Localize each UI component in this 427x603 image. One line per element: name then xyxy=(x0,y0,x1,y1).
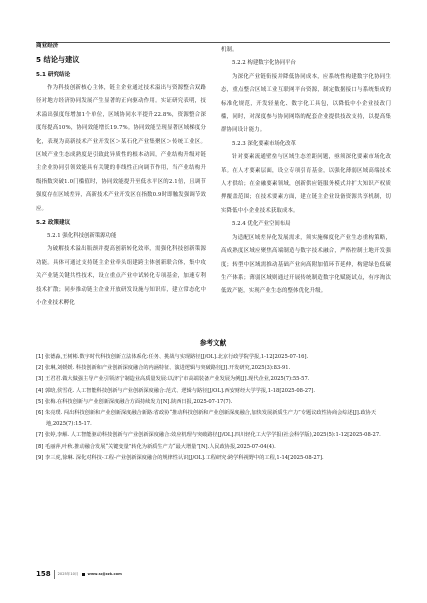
subsubsection-spatial-layout: 5.2.4 优化产业空间布局 xyxy=(221,218,391,231)
policy-paragraph-4: 为适配区域差异化发展需求，须实施梯度化产业生态重构策略，高成熟度区域应聚焦高端制… xyxy=(221,232,391,299)
right-column: 机制。 5.2.2 构建数字化协同平台 为深化产业链衔接并降低协同成本，应系统性… xyxy=(221,44,391,299)
journal-name: 商业经济 xyxy=(36,43,58,49)
reference-number: [1] xyxy=(36,354,43,360)
references-title: 参考文献 xyxy=(36,334,390,352)
reference-item: [5] 张梅.在科技创新与产业创新深度融合方面持续发力[N].陕西日报,2025… xyxy=(36,397,390,408)
reference-number: [4] xyxy=(36,388,43,394)
reference-text: 王君君.做大做强主导产业引领济宁制造业高质量发展:以济宁市高端装备产业发展为例[… xyxy=(45,376,309,382)
reference-item: [3] 王君君.做大做强主导产业引领济宁制造业高质量发展:以济宁市高端装备产业发… xyxy=(36,374,390,385)
subsubsection-innovation-source: 5.2.1 强化科技创新策源功能 xyxy=(36,230,206,243)
reference-text: 张婷,李解. 人工智能驱动科技创新与产业创新深度融合:效应机理与突破路径[J/O… xyxy=(45,432,381,438)
reference-text: 张琳,刘媛媛. 科技创新和产业创新深度融合的内涵特征、演进逻辑与突破路径[J].… xyxy=(45,365,290,371)
reference-number: [9] xyxy=(36,455,43,461)
reference-text: 张梅.在科技创新与产业创新深度融合方面持续发力[N].陕西日报,2025-07-… xyxy=(45,399,232,405)
subsubsection-digital-platform: 5.2.2 构建数字化协同平台 xyxy=(221,57,391,70)
policy-paragraph-1: 为破解技术溢出瓶颈并提高创新转化效率，需强化科技创新策源功能。具体可通过支持链主… xyxy=(36,243,206,310)
reference-text: 朱亮璞. 闯出科技创新和产业创新深度融合新路:省政协“推动科技创新和产业创新深度… xyxy=(45,410,376,427)
reference-item: [4] 郭晗,侯雪花. 人工智能科技创新与产业创新深度融合:范式、逻辑与路径[J… xyxy=(36,386,390,397)
conclusion-paragraph: 作为科技创新核心主体，链主企业通过技术溢出与资源整合双路径对地方经济协同发展产生… xyxy=(36,82,206,216)
reference-text: 郭晗,侯雪花. 人工智能科技创新与产业创新深度融合:范式、逻辑与路径[J/OL]… xyxy=(45,388,315,394)
subsection-research-conclusions: 5.1 研究结论 xyxy=(36,68,206,82)
left-column: 5 结论与建议 5.1 研究结论 作为科技创新核心主体，链主企业通过技术溢出与资… xyxy=(36,50,206,311)
references-section: 参考文献 [1] 张德淼,王树彬.数字时代科技创新立法体系化:任务、挑战与实现路… xyxy=(36,334,390,464)
reference-text: 张德淼,王树彬.数字时代科技创新立法体系化:任务、挑战与实现路径[J/OL].北… xyxy=(45,354,308,360)
reference-number: [3] xyxy=(36,376,43,382)
journal-website-link[interactable]: www.scjjxzk.com xyxy=(88,572,122,576)
reference-number: [6] xyxy=(36,410,43,416)
reference-text: 毛丽萍,叶秋.推动融合发展“关键变量”转化为新质生产力“最大增量”[N].人民政… xyxy=(45,444,276,450)
reference-item: [9] 李三虎,徐琳. 深化对科技-工程-产业创新深度融合的规律性认识[J/OL… xyxy=(36,453,390,464)
issue-date: 2025年10月 xyxy=(58,572,79,577)
footer-divider xyxy=(54,570,55,579)
reference-item: [2] 张琳,刘媛媛. 科技创新和产业创新深度融合的内涵特征、演进逻辑与突破路径… xyxy=(36,363,390,374)
page-number: 158 xyxy=(36,570,51,578)
policy-paragraph-3: 针对要素流通壁垒与区域生态差距问题，亟须深化要素市场化改革。在人才要素层面，设立… xyxy=(221,151,391,218)
subsection-policy-suggestions: 5.2 政策建议 xyxy=(36,216,206,230)
reference-number: [8] xyxy=(36,444,43,450)
reference-number: [5] xyxy=(36,399,43,405)
reference-number: [2] xyxy=(36,365,43,371)
reference-item: [7] 张婷,李解. 人工智能驱动科技创新与产业创新深度融合:效应机理与突破路径… xyxy=(36,430,390,441)
reference-item: [6] 朱亮璞. 闯出科技创新和产业创新深度融合新路:省政协“推动科技创新和产业… xyxy=(36,408,390,430)
policy-paragraph-2: 为深化产业链衔接并降低协同成本，应系统性构建数字化协同生态，重点整合区域工业互联… xyxy=(221,71,391,138)
reference-item: [1] 张德淼,王树彬.数字时代科技创新立法体系化:任务、挑战与实现路径[J/O… xyxy=(36,352,390,363)
subsubsection-factor-market: 5.2.3 深化要素市场化改革 xyxy=(221,138,391,151)
continuation-text: 机制。 xyxy=(221,44,391,57)
section-title: 5 结论与建议 xyxy=(36,52,206,68)
running-header: 商业经济 xyxy=(36,32,390,43)
square-bullet-icon xyxy=(82,573,85,576)
reference-item: [8] 毛丽萍,叶秋.推动融合发展“关键变量”转化为新质生产力“最大增量”[N]… xyxy=(36,442,390,453)
page-footer: 158 2025年10月 www.scjjxzk.com xyxy=(36,569,122,579)
reference-text: 李三虎,徐琳. 深化对科技-工程-产业创新深度融合的规律性认识[J/OL].工程… xyxy=(45,455,324,461)
reference-number: [7] xyxy=(36,432,43,438)
